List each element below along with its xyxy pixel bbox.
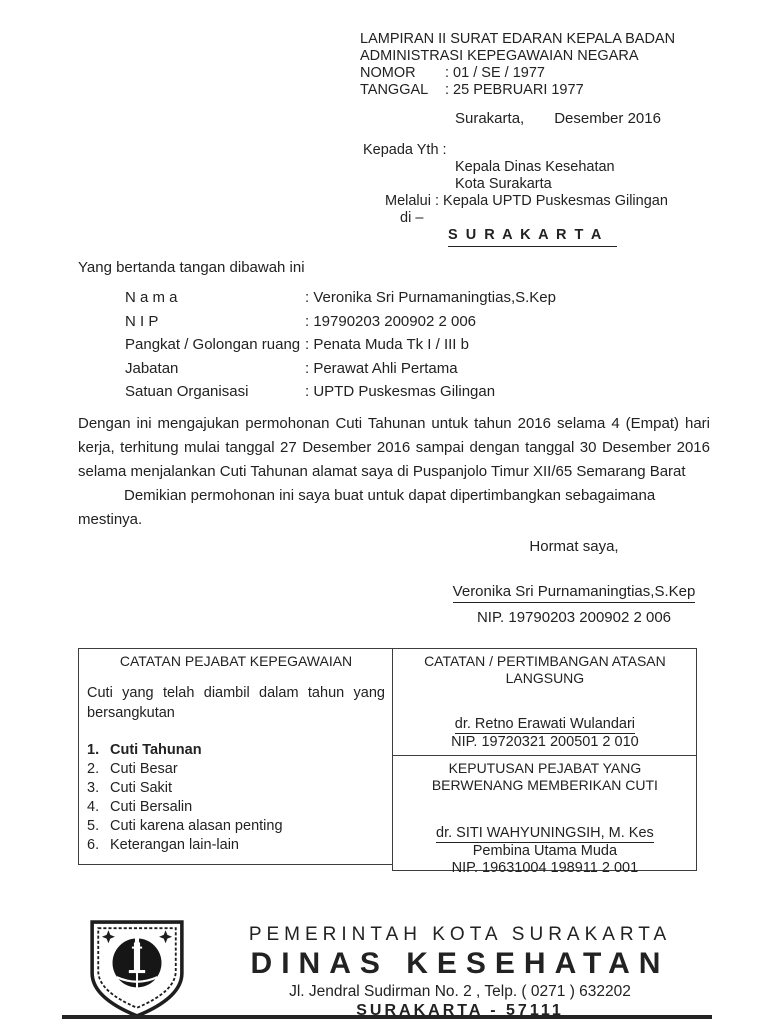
pejabat-signature: dr. SITI WAHYUNINGSIH, M. Kes Pembina Ut… (403, 824, 686, 877)
leave-request-letter-page: { "header": { "line1": "LAMPIRAN II SURA… (0, 0, 768, 1024)
kepada-yth-line: Kepada Yth : (363, 142, 753, 159)
footer-divider-rule (62, 1015, 712, 1019)
melalui-value: : Kepala UPTD Puskesmas Gilingan (435, 193, 668, 210)
keputusan-pejabat-cell: KEPUTUSAN PEJABAT YANG BERWENANG MEMBERI… (392, 755, 697, 871)
item-number: 5. (87, 817, 110, 836)
dateline: Surakarta, Desember 2016 (455, 110, 661, 127)
footer-agency-name: DINAS KESEHATAN (205, 947, 715, 981)
opening-sentence: Yang bertanda tangan dibawah ini (78, 259, 305, 276)
dateline-city: Surakarta, (455, 110, 524, 127)
list-item-cuti-tahunan: 1. Cuti Tahunan (87, 741, 385, 760)
item-label: Cuti Tahunan (110, 741, 202, 760)
item-number: 6. (87, 836, 110, 855)
letterhead-reference-block: LAMPIRAN II SURAT EDARAN KEPALA BADAN AD… (360, 31, 732, 99)
identity-row-nama: N a m a : Veronika Sri Purnamaningtias,S… (125, 287, 685, 309)
dateline-date: Desember 2016 (554, 110, 661, 127)
pejabat-nip: NIP. 19631004 198911 2 001 (403, 860, 686, 877)
pangkat-label: Pangkat / Golongan ruang (125, 334, 305, 356)
identity-row-satuan: Satuan Organisasi : UPTD Puskesmas Gilin… (125, 381, 685, 403)
item-number: 1. (87, 741, 110, 760)
list-item-cuti-alasan-penting: 5. Cuti karena alasan penting (87, 817, 385, 836)
closing-paragraph: Demikian permohonan ini saya buat untuk … (78, 484, 710, 532)
item-label: Cuti Besar (110, 760, 178, 779)
tanggal-value: : 25 PEBRUARI 1977 (445, 82, 584, 99)
item-label: Cuti Sakit (110, 779, 172, 798)
nip-label: N I P (125, 311, 305, 333)
melalui-label: Melalui (385, 193, 435, 210)
identity-row-pangkat: Pangkat / Golongan ruang : Penata Muda T… (125, 334, 685, 356)
recipient-line-2: Kota Surakarta (363, 176, 753, 193)
identity-block: N a m a : Veronika Sri Purnamaningtias,S… (125, 287, 685, 403)
request-paragraph: Dengan ini mengajukan permohonan Cuti Ta… (78, 412, 710, 484)
catatan-pejabat-cell: CATATAN PEJABAT KEPEGAWAIAN Cuti yang te… (78, 648, 394, 865)
atasan-signature: dr. Retno Erawati Wulandari NIP. 1972032… (403, 715, 686, 751)
leave-record-table: CATATAN PEJABAT KEPEGAWAIAN Cuti yang te… (78, 648, 699, 871)
footer-letterhead: PEMERINTAH KOTA SURAKARTA DINAS KESEHATA… (205, 924, 715, 1020)
item-number: 3. (87, 779, 110, 798)
list-item-cuti-sakit: 3. Cuti Sakit (87, 779, 385, 798)
tanggal-label: TANGGAL (360, 82, 445, 99)
lampiran-line-1: LAMPIRAN II SURAT EDARAN KEPALA BADAN (360, 31, 732, 48)
item-number: 4. (87, 798, 110, 817)
identity-row-nip: N I P : 19790203 200902 2 006 (125, 311, 685, 333)
item-label: Cuti karena alasan penting (110, 817, 283, 836)
signature-block: Hormat saya, Veronika Sri Purnamaningtia… (433, 538, 715, 626)
keputusan-header: KEPUTUSAN PEJABAT YANG BERWENANG MEMBERI… (403, 760, 686, 794)
identity-row-jabatan: Jabatan : Perawat Ahli Pertama (125, 358, 685, 380)
melalui-row: Melalui : Kepala UPTD Puskesmas Gilingan (363, 193, 753, 210)
list-item-cuti-bersalin: 4. Cuti Bersalin (87, 798, 385, 817)
catatan-atasan-cell: CATATAN / PERTIMBANGAN ATASAN LANGSUNG d… (392, 648, 697, 757)
catatan-pejabat-header: CATATAN PEJABAT KEPEGAWAIAN (87, 653, 385, 669)
nama-label: N a m a (125, 287, 305, 309)
item-label: Keterangan lain-lain (110, 836, 239, 855)
nip-value: : 19790203 200902 2 006 (305, 311, 476, 333)
recipient-line-1: Kepala Dinas Kesehatan (363, 159, 753, 176)
catatan-pejabat-intro: Cuti yang telah diambil dalam tahun yang… (87, 683, 385, 723)
recipient-city-line: S U R A K A R T A (363, 227, 753, 247)
pangkat-value: : Penata Muda Tk I / III b (305, 334, 469, 356)
nomor-value: : 01 / SE / 1977 (445, 65, 545, 82)
pejabat-rank: Pembina Utama Muda (403, 843, 686, 860)
leave-type-list: 1. Cuti Tahunan 2. Cuti Besar 3. Cuti Sa… (87, 741, 385, 855)
nomor-label: NOMOR (360, 65, 445, 82)
footer-government-name: PEMERINTAH KOTA SURAKARTA (205, 924, 715, 946)
surakarta-city-emblem-icon (86, 920, 188, 1023)
nomor-row: NOMOR : 01 / SE / 1977 (360, 65, 732, 82)
atasan-nip: NIP. 19720321 200501 2 010 (403, 734, 686, 751)
tanggal-row: TANGGAL : 25 PEBRUARI 1977 (360, 82, 732, 99)
lampiran-line-2: ADMINISTRASI KEPEGAWAIAN NEGARA (360, 48, 732, 65)
recipient-block: Kepada Yth : Kepala Dinas Kesehatan Kota… (363, 142, 753, 247)
item-number: 2. (87, 760, 110, 779)
di-line: di – (363, 210, 753, 227)
item-label: Cuti Bersalin (110, 798, 192, 817)
signature-salutation: Hormat saya, (433, 538, 715, 555)
table-right-column: CATATAN / PERTIMBANGAN ATASAN LANGSUNG d… (392, 648, 697, 871)
footer-address: Jl. Jendral Sudirman No. 2 , Telp. ( 027… (205, 983, 715, 1001)
recipient-city-underlined: S U R A K A R T A (448, 227, 617, 247)
atasan-name: dr. Retno Erawati Wulandari (455, 716, 635, 734)
nama-value: : Veronika Sri Purnamaningtias,S.Kep (305, 287, 556, 309)
pejabat-name: dr. SITI WAHYUNINGSIH, M. Kes (436, 825, 654, 843)
signature-nip: NIP. 19790203 200902 2 006 (433, 609, 715, 626)
jabatan-label: Jabatan (125, 358, 305, 380)
jabatan-value: : Perawat Ahli Pertama (305, 358, 458, 380)
satuan-label: Satuan Organisasi (125, 381, 305, 403)
satuan-value: : UPTD Puskesmas Gilingan (305, 381, 495, 403)
list-item-cuti-besar: 2. Cuti Besar (87, 760, 385, 779)
signature-name-line: Veronika Sri Purnamaningtias,S.Kep (433, 583, 715, 603)
catatan-atasan-header: CATATAN / PERTIMBANGAN ATASAN LANGSUNG (403, 653, 686, 687)
signature-name: Veronika Sri Purnamaningtias,S.Kep (453, 583, 696, 603)
list-item-keterangan-lain: 6. Keterangan lain-lain (87, 836, 385, 855)
